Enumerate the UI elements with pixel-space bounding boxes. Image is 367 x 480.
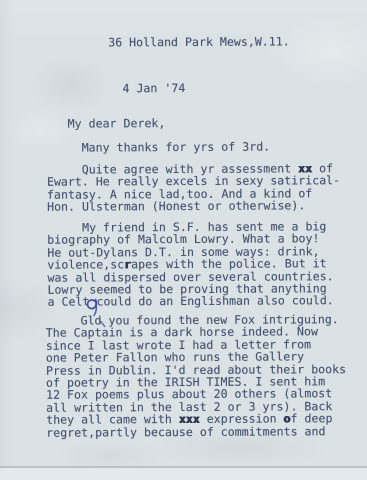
body-line: a Celt could do an Englishman also could… [48, 295, 334, 309]
paragraph: Gld you found the new Fox intriguing.The… [46, 313, 347, 439]
letter-paper: 36 Holland Park Mews,W.11. 4 Jan '74 My … [0, 0, 367, 480]
body-line: Hon. Ulsterman (Honest or otherwise). [47, 199, 340, 213]
text-segment: a Celt could do an Englishman also could… [48, 294, 334, 309]
body-line: Many thanks for yrs of 3rd. [47, 141, 270, 155]
sender-address: 36 Holland Park Mews,W.11. [108, 35, 290, 48]
scanner-background [0, 468, 367, 480]
paragraph: Many thanks for yrs of 3rd. [47, 141, 270, 155]
text-segment: Hon. Ulsterman (Honest or otherwise). [47, 199, 305, 214]
letter-body: Many thanks for yrs of 3rd. Quite agree … [0, 0, 367, 1]
paragraph: Quite agree with yr assessment xx ofEwar… [47, 162, 340, 213]
body-line: regret,partly because of commitments and [46, 425, 346, 439]
letter-content: 36 Holland Park Mews,W.11. 4 Jan '74 My … [0, 0, 367, 480]
text-segment: regret,partly because of commitments and [46, 424, 325, 439]
letter-date: 4 Jan '74 [122, 82, 185, 95]
salutation: My dear Derek, [68, 117, 166, 130]
paragraph: My friend in S.F. has sent me a bigbiogr… [47, 220, 334, 308]
text-segment: Many thanks for yrs of 3rd. [47, 140, 270, 155]
